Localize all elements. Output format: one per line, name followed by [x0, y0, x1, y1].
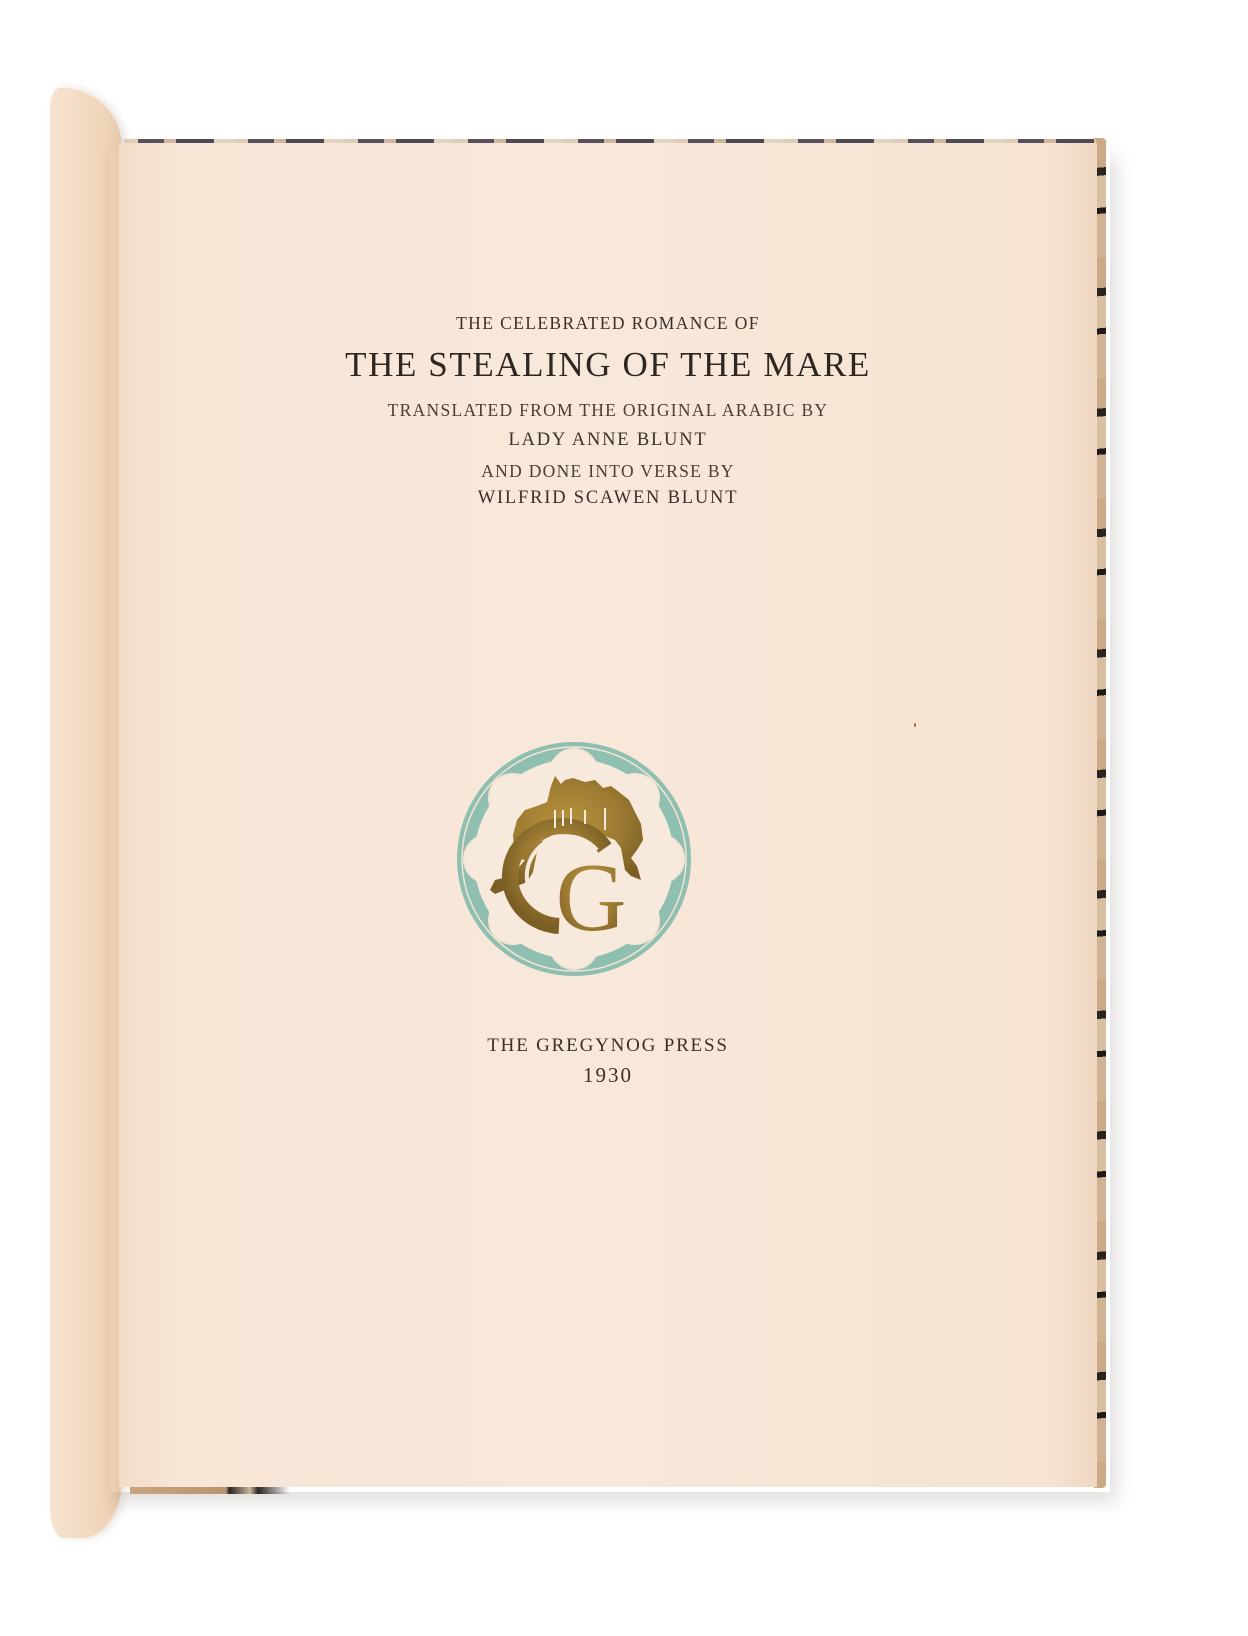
publication-year: 1930: [119, 1063, 1097, 1088]
marbled-bottom-edge: [130, 1486, 290, 1494]
svg-text:G: G: [556, 844, 627, 952]
verse-line: AND DONE INTO VERSE BY: [119, 461, 1097, 482]
preface-line: THE CELEBRATED ROMANCE OF: [119, 313, 1097, 334]
press-name: THE GREGYNOG PRESS: [119, 1035, 1097, 1057]
versifier-name: WILFRID SCAWEN BLUNT: [119, 488, 1097, 509]
translator-name: LADY ANNE BLUNT: [119, 430, 1097, 451]
foxing-speck: [914, 723, 916, 727]
book-title: THE STEALING OF THE MARE: [119, 345, 1097, 385]
gregynog-press-device-icon: G: [455, 740, 693, 978]
translated-line: TRANSLATED FROM THE ORIGINAL ARABIC BY: [119, 400, 1097, 421]
